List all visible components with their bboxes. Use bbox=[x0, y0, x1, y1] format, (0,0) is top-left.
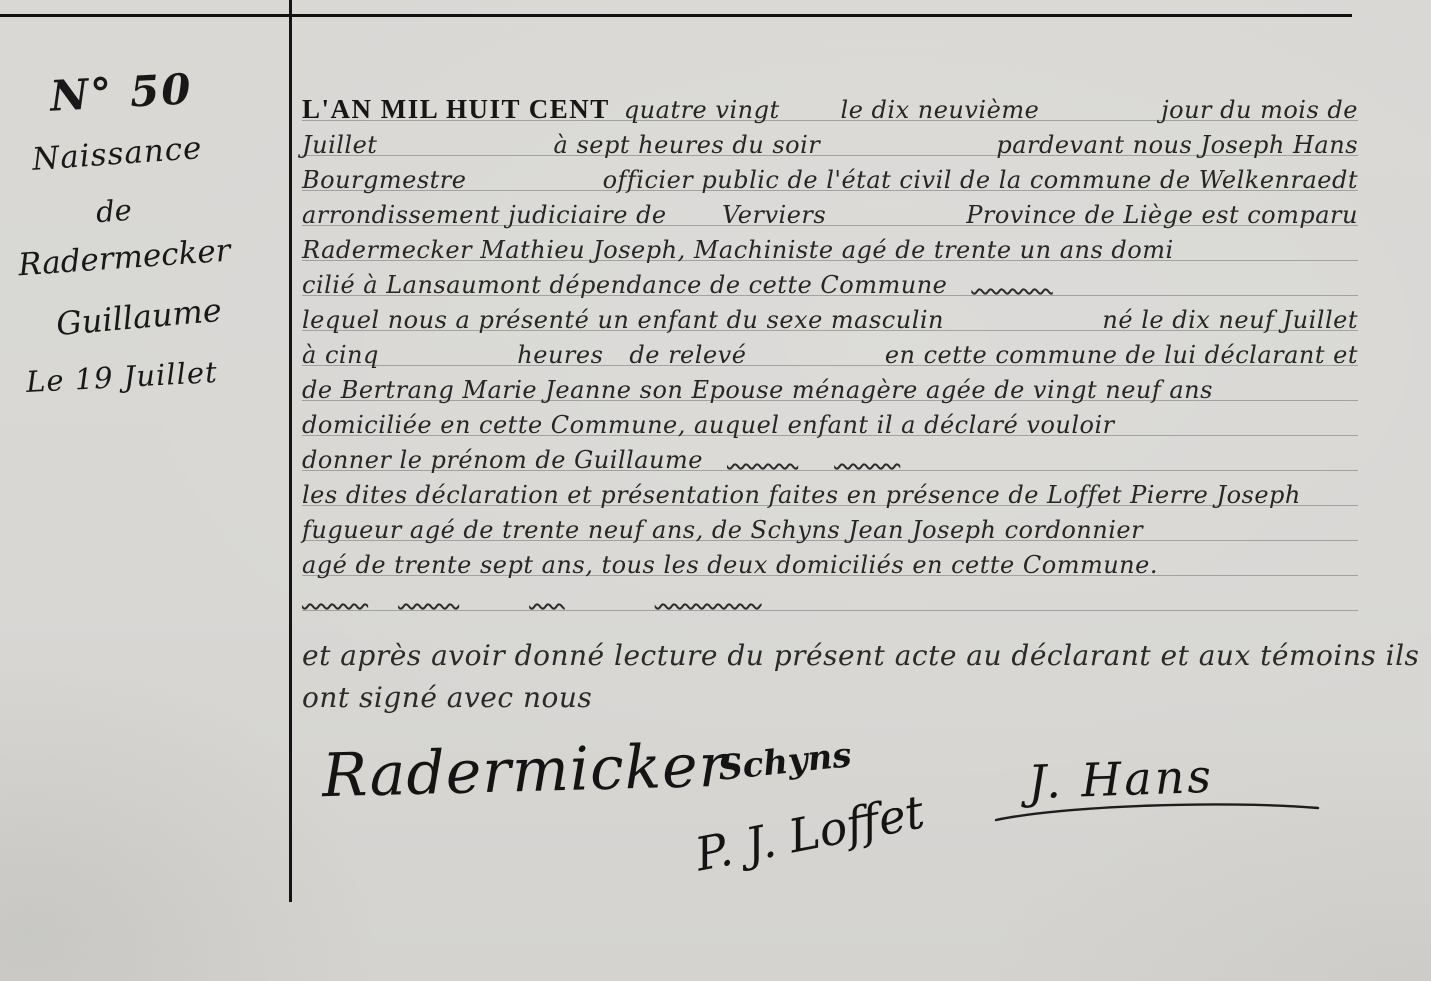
blank-fill-gap bbox=[826, 224, 966, 225]
margin-line: Le 19 Juillet bbox=[25, 355, 218, 399]
act-line: à cinqheuresde relevéen cette commune de… bbox=[302, 331, 1358, 366]
blank-fill-gap bbox=[1039, 119, 1161, 120]
blank-fill-gap bbox=[603, 364, 629, 365]
margin-line: Guillaume bbox=[55, 291, 224, 343]
blank-fill-gap bbox=[1053, 294, 1358, 295]
blank-fill-gap bbox=[944, 329, 1102, 330]
handwritten-text: agé de trente sept ans, tous les deux do… bbox=[302, 553, 1158, 577]
act-line: de Bertrang Marie Jeanne son Epouse ména… bbox=[302, 366, 1358, 401]
handwritten-text: quatre vingt bbox=[624, 98, 780, 122]
handwritten-text: de Bertrang Marie Jeanne son Epouse ména… bbox=[302, 378, 1213, 402]
blank-fill-gap bbox=[377, 154, 553, 155]
act-line: cilié à Lansaumont dépendance de cette C… bbox=[302, 261, 1358, 296]
act-line: domiciliée en cette Commune, auquel enfa… bbox=[302, 401, 1358, 436]
act-line: lequel nous a présenté un enfant du sexe… bbox=[302, 296, 1358, 331]
printed-form-text: L'AN MIL HUIT CENT bbox=[302, 96, 624, 123]
act-line: arrondissement judiciaire deVerviersProv… bbox=[302, 191, 1358, 226]
filler-squiggle bbox=[655, 590, 762, 604]
blank-fill-gap bbox=[459, 609, 529, 610]
blank-fill-gap bbox=[762, 609, 1358, 610]
handwritten-text: le dix neuvième bbox=[841, 98, 1040, 122]
act-line: donner le prénom de Guillaume bbox=[302, 436, 1358, 471]
margin-line: Radermecker bbox=[17, 233, 232, 284]
act-line: fugueur agé de trente neuf ans, de Schyn… bbox=[302, 506, 1358, 541]
closing-paragraph: et après avoir donné lecture du présent … bbox=[302, 635, 1358, 719]
handwritten-text: cilié à Lansaumont dépendance de cette C… bbox=[302, 273, 947, 297]
act-text-lines: L'AN MIL HUIT CENTquatre vingtle dix neu… bbox=[302, 86, 1358, 611]
handwritten-text: Bourgmestre bbox=[302, 168, 466, 192]
act-line: les dites déclaration et présentation fa… bbox=[302, 471, 1358, 506]
signature-witness-1: Schyns bbox=[716, 735, 853, 789]
blank-fill-gap bbox=[947, 294, 971, 295]
handwritten-text: heures bbox=[517, 343, 603, 367]
act-line: Juilletà sept heures du soirpardevant no… bbox=[302, 121, 1358, 156]
blank-fill-gap bbox=[900, 469, 1358, 470]
handwritten-text: arrondissement judiciaire de bbox=[302, 203, 667, 227]
blank-fill-gap bbox=[703, 469, 727, 470]
filler-squiggle bbox=[302, 590, 368, 604]
handwritten-text: en cette commune de lui déclarant et bbox=[885, 343, 1358, 367]
blank-fill-gap bbox=[820, 154, 996, 155]
act-line: Radermecker Mathieu Joseph, Machiniste a… bbox=[302, 226, 1358, 261]
handwritten-text: pardevant nous Joseph Hans bbox=[996, 133, 1358, 157]
act-body: L'AN MIL HUIT CENTquatre vingtle dix neu… bbox=[302, 86, 1358, 719]
margin-line: de bbox=[95, 193, 133, 229]
handwritten-text: domiciliée en cette Commune, auquel enfa… bbox=[302, 413, 1115, 437]
filler-squiggle bbox=[834, 450, 900, 464]
filler-squiggle bbox=[529, 590, 565, 604]
act-number: N° 50 bbox=[49, 64, 194, 120]
blank-fill-gap bbox=[368, 609, 398, 610]
blank-fill-gap bbox=[565, 609, 655, 610]
filler-squiggle bbox=[727, 450, 798, 464]
margin-line: Naissance bbox=[31, 130, 204, 178]
blank-fill-gap bbox=[780, 119, 841, 120]
signature-declarant: Radermicker bbox=[321, 731, 729, 812]
birth-act-register-page: N° 50 Naissance de Radermecker Guillaume… bbox=[0, 0, 1431, 981]
act-line: L'AN MIL HUIT CENTquatre vingtle dix neu… bbox=[302, 86, 1358, 121]
act-line: agé de trente sept ans, tous les deux do… bbox=[302, 541, 1358, 576]
blank-fill-gap bbox=[466, 189, 602, 190]
handwritten-text: Juillet bbox=[302, 133, 377, 157]
blank-fill-gap bbox=[379, 364, 517, 365]
handwritten-text: lequel nous a présenté un enfant du sexe… bbox=[302, 308, 944, 332]
blank-fill-gap bbox=[667, 224, 723, 225]
filler-squiggle bbox=[971, 275, 1052, 289]
margin-annotation: N° 50 Naissance de Radermecker Guillaume… bbox=[0, 0, 285, 700]
act-line: Bourgmestreofficier public de l'état civ… bbox=[302, 156, 1358, 191]
closing-line: ont signé avec nous bbox=[302, 677, 1358, 719]
blank-fill-gap bbox=[798, 469, 834, 470]
handwritten-text: Verviers bbox=[722, 203, 826, 227]
signature-underline-flourish bbox=[992, 796, 1322, 826]
filler-squiggle bbox=[398, 590, 459, 604]
handwritten-text: à cinq bbox=[302, 343, 379, 367]
margin-divider-line bbox=[289, 0, 292, 902]
closing-line: et après avoir donné lecture du présent … bbox=[302, 635, 1358, 677]
handwritten-text: Province de Liège est comparu bbox=[966, 203, 1358, 227]
blank-fill-gap bbox=[746, 364, 884, 365]
handwritten-text: à sept heures du soir bbox=[554, 133, 821, 157]
handwritten-text: les dites déclaration et présentation fa… bbox=[302, 483, 1301, 507]
handwritten-text: officier public de l'état civil de la co… bbox=[603, 168, 1358, 192]
handwritten-text: né le dix neuf Juillet bbox=[1102, 308, 1358, 332]
handwritten-text: de relevé bbox=[629, 343, 746, 367]
handwritten-text: fugueur agé de trente neuf ans, de Schyn… bbox=[302, 518, 1143, 542]
handwritten-text: donner le prénom de Guillaume bbox=[302, 448, 703, 472]
handwritten-text: jour du mois de bbox=[1161, 98, 1358, 122]
handwritten-text: Radermecker Mathieu Joseph, Machiniste a… bbox=[302, 238, 1174, 262]
act-line bbox=[302, 576, 1358, 611]
